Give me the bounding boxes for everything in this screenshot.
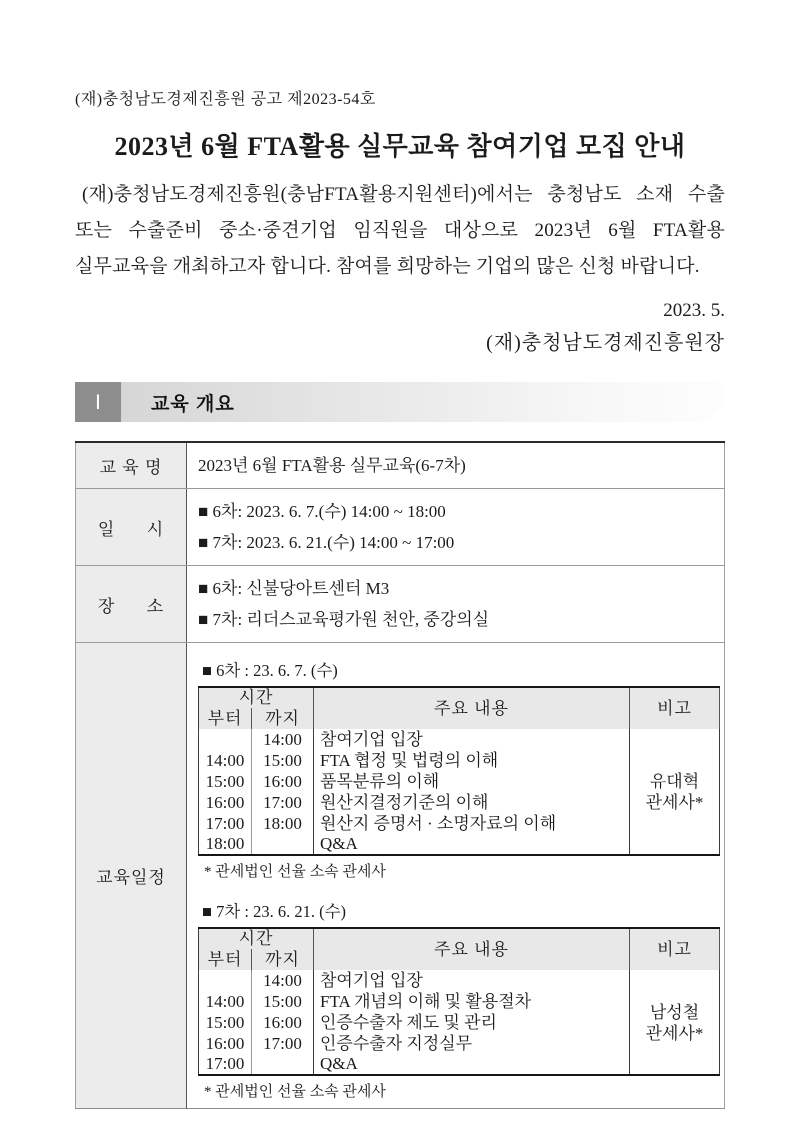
time-from: 15:00 [199, 771, 252, 792]
session-content: Q&A [314, 1054, 630, 1075]
row-label-schedule: 교육일정 [76, 643, 187, 1109]
cell-line: 2023년 6월 FTA활용 실무교육(6-7차) [198, 450, 720, 481]
time-from [199, 729, 252, 750]
location-value: ■ 6차: 신불당아트센터 M3 ■ 7차: 리더스교육평가원 천안, 중강의실 [187, 566, 725, 643]
notice-number: (재)충청남도경제진흥원 공고 제2023-54호 [75, 86, 725, 109]
note-cell [630, 834, 720, 855]
table-row: 18:00 Q&A [199, 834, 720, 855]
time-from: 17:00 [199, 1054, 252, 1075]
session-content: 원산지결정기준의 이해 [314, 792, 630, 813]
instructor-note: 유대혁 관세사* [630, 750, 720, 834]
date-line: 2023. 5. [75, 300, 725, 322]
schedule-1-table: 시간 주요 내용 비고 부터 까지 14:00 참여기업 입장 [198, 686, 720, 856]
instructor-name: 유대혁 [636, 771, 713, 792]
instructor-note: 남성철 관세사* [630, 991, 720, 1054]
table-row: 장 소 ■ 6차: 신불당아트센터 M3 ■ 7차: 리더스교육평가원 천안, … [76, 566, 725, 643]
session-content: FTA 협정 및 법령의 이해 [314, 750, 630, 771]
cell-line: ■ 7차: 리더스교육평가원 천안, 중강의실 [198, 604, 720, 635]
session-content: 품목분류의 이해 [314, 771, 630, 792]
section-header: Ⅰ 교육 개요 [75, 382, 725, 422]
time-to: 14:00 [252, 970, 314, 991]
time-from: 14:00 [199, 991, 252, 1012]
section-numeral: Ⅰ [95, 390, 101, 415]
table-header-row: 시간 주요 내용 비고 [199, 687, 720, 708]
header-time: 시간 [199, 687, 314, 708]
time-from: 15:00 [199, 1012, 252, 1033]
time-to: 16:00 [252, 1012, 314, 1033]
time-to: 16:00 [252, 771, 314, 792]
table-row: 일 시 ■ 6차: 2023. 6. 7.(수) 14:00 ~ 18:00 ■… [76, 489, 725, 566]
body-paragraph: (재)충청남도경제진흥원(충남FTA활용지원센터)에서는 충청남도 소재 수출 … [75, 177, 725, 285]
instructor-name: 남성철 [636, 1002, 713, 1023]
schedule-2-table: 시간 주요 내용 비고 부터 까지 14:00 참여기업 입장 [198, 927, 720, 1076]
row-label-datetime: 일 시 [76, 489, 187, 566]
document-title: 2023년 6월 FTA활용 실무교육 참여기업 모집 안내 [75, 126, 725, 163]
session-content: Q&A [314, 834, 630, 855]
session-content: 원산지 증명서 · 소명자료의 이해 [314, 813, 630, 834]
instructor-title: 관세사* [636, 1023, 713, 1044]
schedule-2-footnote: * 관세법인 선율 소속 관세사 [204, 1080, 720, 1101]
session-content: 참여기업 입장 [314, 970, 630, 991]
schedule-1-footnote: * 관세법인 선율 소속 관세사 [204, 860, 720, 881]
time-from: 17:00 [199, 813, 252, 834]
time-to [252, 1054, 314, 1075]
header-note: 비고 [630, 687, 720, 729]
time-from: 16:00 [199, 1033, 252, 1054]
datetime-value: ■ 6차: 2023. 6. 7.(수) 14:00 ~ 18:00 ■ 7차:… [187, 489, 725, 566]
cell-line: ■ 6차: 2023. 6. 7.(수) 14:00 ~ 18:00 [198, 496, 720, 527]
header-time: 시간 [199, 928, 314, 949]
schedule-2-caption: ■ 7차 : 23. 6. 21. (수) [202, 898, 720, 922]
time-from: 16:00 [199, 792, 252, 813]
time-to: 17:00 [252, 1033, 314, 1054]
header-from: 부터 [199, 708, 252, 729]
instructor-title: 관세사* [636, 792, 713, 813]
table-row: 교육일정 ■ 6차 : 23. 6. 7. (수) 시간 주요 내용 비고 부터… [76, 643, 725, 1109]
time-from: 18:00 [199, 834, 252, 855]
time-to: 17:00 [252, 792, 314, 813]
session-content: 인증수출자 제도 및 관리 [314, 1012, 630, 1033]
time-to: 18:00 [252, 813, 314, 834]
note-cell [630, 970, 720, 991]
section-bar: 교육 개요 [121, 382, 725, 422]
header-from: 부터 [199, 949, 252, 970]
section-title: 교육 개요 [151, 389, 235, 416]
section-numeral-box: Ⅰ [75, 382, 121, 422]
header-to: 까지 [252, 949, 314, 970]
note-cell [630, 729, 720, 750]
document-page: (재)충청남도경제진흥원 공고 제2023-54호 2023년 6월 FTA활용… [0, 0, 800, 1131]
cell-line: ■ 7차: 2023. 6. 21.(수) 14:00 ~ 17:00 [198, 527, 720, 558]
row-label-course-name: 교 육 명 [76, 442, 187, 489]
table-row: 14:00 15:00 FTA 개념의 이해 및 활용절차 남성철 관세사* [199, 991, 720, 1012]
session-content: FTA 개념의 이해 및 활용절차 [314, 991, 630, 1012]
time-to [252, 834, 314, 855]
header-content: 주요 내용 [314, 928, 630, 970]
session-content: 참여기업 입장 [314, 729, 630, 750]
session-content: 인증수출자 지정실무 [314, 1033, 630, 1054]
overview-table: 교 육 명 2023년 6월 FTA활용 실무교육(6-7차) 일 시 ■ 6차… [75, 441, 725, 1109]
table-row: 17:00 Q&A [199, 1054, 720, 1075]
time-to: 15:00 [252, 750, 314, 771]
table-row: 14:00 15:00 FTA 협정 및 법령의 이해 유대혁 관세사* [199, 750, 720, 771]
header-content: 주요 내용 [314, 687, 630, 729]
time-from [199, 970, 252, 991]
table-header-row: 시간 주요 내용 비고 [199, 928, 720, 949]
header-to: 까지 [252, 708, 314, 729]
signature-line: (재)충청남도경제진흥원장 [75, 326, 725, 355]
header-note: 비고 [630, 928, 720, 970]
time-to: 15:00 [252, 991, 314, 1012]
table-row: 교 육 명 2023년 6월 FTA활용 실무교육(6-7차) [76, 442, 725, 489]
time-to: 14:00 [252, 729, 314, 750]
row-label-location: 장 소 [76, 566, 187, 643]
schedule-1-caption: ■ 6차 : 23. 6. 7. (수) [202, 657, 720, 681]
table-row: 14:00 참여기업 입장 [199, 729, 720, 750]
note-cell [630, 1054, 720, 1075]
schedule-cell: ■ 6차 : 23. 6. 7. (수) 시간 주요 내용 비고 부터 까지 1 [187, 643, 725, 1109]
course-name-value: 2023년 6월 FTA활용 실무교육(6-7차) [187, 442, 725, 489]
time-from: 14:00 [199, 750, 252, 771]
cell-line: ■ 6차: 신불당아트센터 M3 [198, 573, 720, 604]
table-row: 14:00 참여기업 입장 [199, 970, 720, 991]
